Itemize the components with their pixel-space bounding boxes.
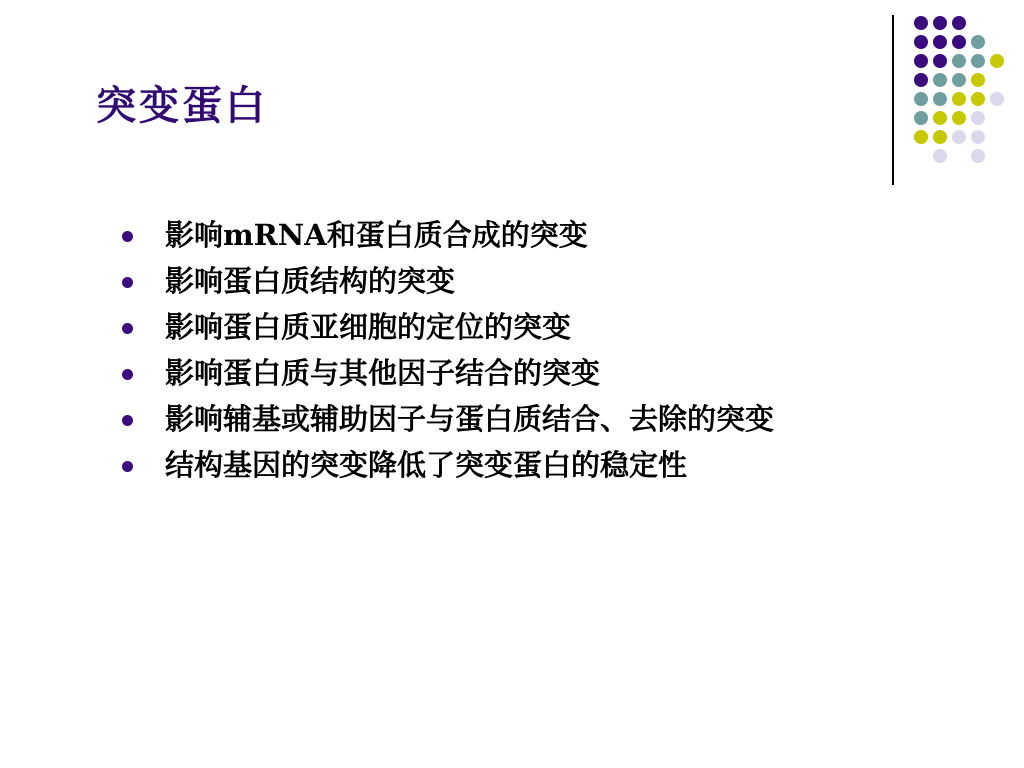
bullet-marker-icon — [122, 277, 133, 288]
bullet-item: 影响辅基或辅助因子与蛋白质结合、去除的突变 — [122, 400, 774, 438]
purple-dot-icon — [914, 16, 928, 30]
purple-dot-icon — [914, 54, 928, 68]
teal-dot-icon — [952, 73, 966, 87]
teal-dot-icon — [971, 35, 985, 49]
bullet-list: 影响mRNA和蛋白质合成的突变影响蛋白质结构的突变影响蛋白质亚细胞的定位的突变影… — [122, 216, 774, 492]
bullet-marker-icon — [122, 461, 133, 472]
bullet-item: 结构基因的突变降低了突变蛋白的稳定性 — [122, 446, 774, 484]
vertical-rule — [892, 15, 894, 185]
teal-dot-icon — [914, 111, 928, 125]
lavender-dot-icon — [971, 149, 985, 163]
yellow-dot-icon — [971, 92, 985, 106]
teal-dot-icon — [971, 54, 985, 68]
purple-dot-icon — [933, 35, 947, 49]
bullet-text: 结构基因的突变降低了突变蛋白的稳定性 — [165, 448, 687, 483]
bullet-marker-icon — [122, 323, 133, 334]
yellow-dot-icon — [990, 54, 1004, 68]
lavender-dot-icon — [971, 130, 985, 144]
bullet-marker-icon — [122, 231, 133, 242]
purple-dot-icon — [914, 73, 928, 87]
purple-dot-icon — [914, 35, 928, 49]
bullet-text: 影响蛋白质与其他因子结合的突变 — [165, 356, 600, 391]
teal-dot-icon — [933, 92, 947, 106]
yellow-dot-icon — [933, 111, 947, 125]
bullet-text: 影响辅基或辅助因子与蛋白质结合、去除的突变 — [165, 402, 774, 437]
yellow-dot-icon — [952, 92, 966, 106]
bullet-item: 影响蛋白质与其他因子结合的突变 — [122, 354, 774, 392]
dot-grid-decoration — [914, 16, 1004, 163]
teal-dot-icon — [952, 54, 966, 68]
purple-dot-icon — [933, 16, 947, 30]
lavender-dot-icon — [971, 111, 985, 125]
bullet-item: 影响mRNA和蛋白质合成的突变 — [122, 216, 774, 254]
purple-dot-icon — [952, 35, 966, 49]
yellow-dot-icon — [914, 130, 928, 144]
yellow-dot-icon — [933, 130, 947, 144]
bullet-item: 影响蛋白质结构的突变 — [122, 262, 774, 300]
bullet-text: 影响mRNA和蛋白质合成的突变 — [165, 218, 588, 253]
lavender-dot-icon — [990, 92, 1004, 106]
teal-dot-icon — [933, 73, 947, 87]
bullet-text: 影响蛋白质结构的突变 — [165, 264, 455, 299]
slide-title: 突变蛋白 — [96, 84, 268, 128]
purple-dot-icon — [933, 54, 947, 68]
bullet-marker-icon — [122, 369, 133, 380]
lavender-dot-icon — [933, 149, 947, 163]
yellow-dot-icon — [952, 111, 966, 125]
bullet-text: 影响蛋白质亚细胞的定位的突变 — [165, 310, 571, 345]
slide-canvas: 突变蛋白 影响mRNA和蛋白质合成的突变影响蛋白质结构的突变影响蛋白质亚细胞的定… — [0, 0, 1024, 768]
bullet-marker-icon — [122, 415, 133, 426]
teal-dot-icon — [914, 92, 928, 106]
lavender-dot-icon — [952, 130, 966, 144]
yellow-dot-icon — [971, 73, 985, 87]
purple-dot-icon — [952, 16, 966, 30]
bullet-item: 影响蛋白质亚细胞的定位的突变 — [122, 308, 774, 346]
